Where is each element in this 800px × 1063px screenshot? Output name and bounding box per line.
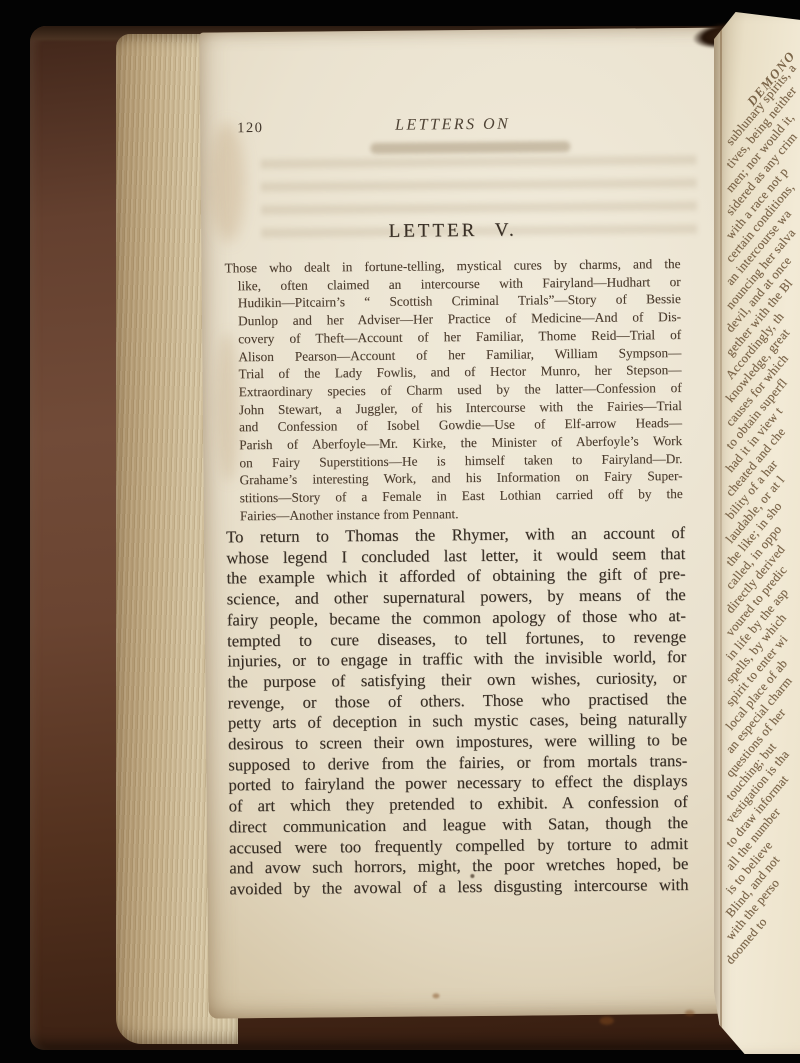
left-page: 120 LETTERS ON LETTER V. Those who dealt… (199, 27, 750, 1018)
body-line: avoided by the avowal of a less disgusti… (229, 875, 688, 900)
chapter-summary: Those who dealt in fortune-telling, myst… (224, 255, 683, 525)
summary-line: Fairies—Another instance from Pennant. (227, 503, 683, 525)
facing-page-text-fragments: sublunary spirits, atives, being neither… (730, 130, 800, 972)
body-text: To return to Thomas the Rhymer, with an … (226, 523, 689, 900)
page-content: 120 LETTERS ON LETTER V. Those who dealt… (199, 27, 750, 1018)
facing-page-curl: DEMONO sublunary spirits, atives, being … (714, 12, 800, 1054)
photo-background: 120 LETTERS ON LETTER V. Those who dealt… (0, 0, 800, 1063)
chapter-title: LETTER V. (224, 218, 681, 244)
running-header: LETTERS ON (200, 114, 705, 137)
